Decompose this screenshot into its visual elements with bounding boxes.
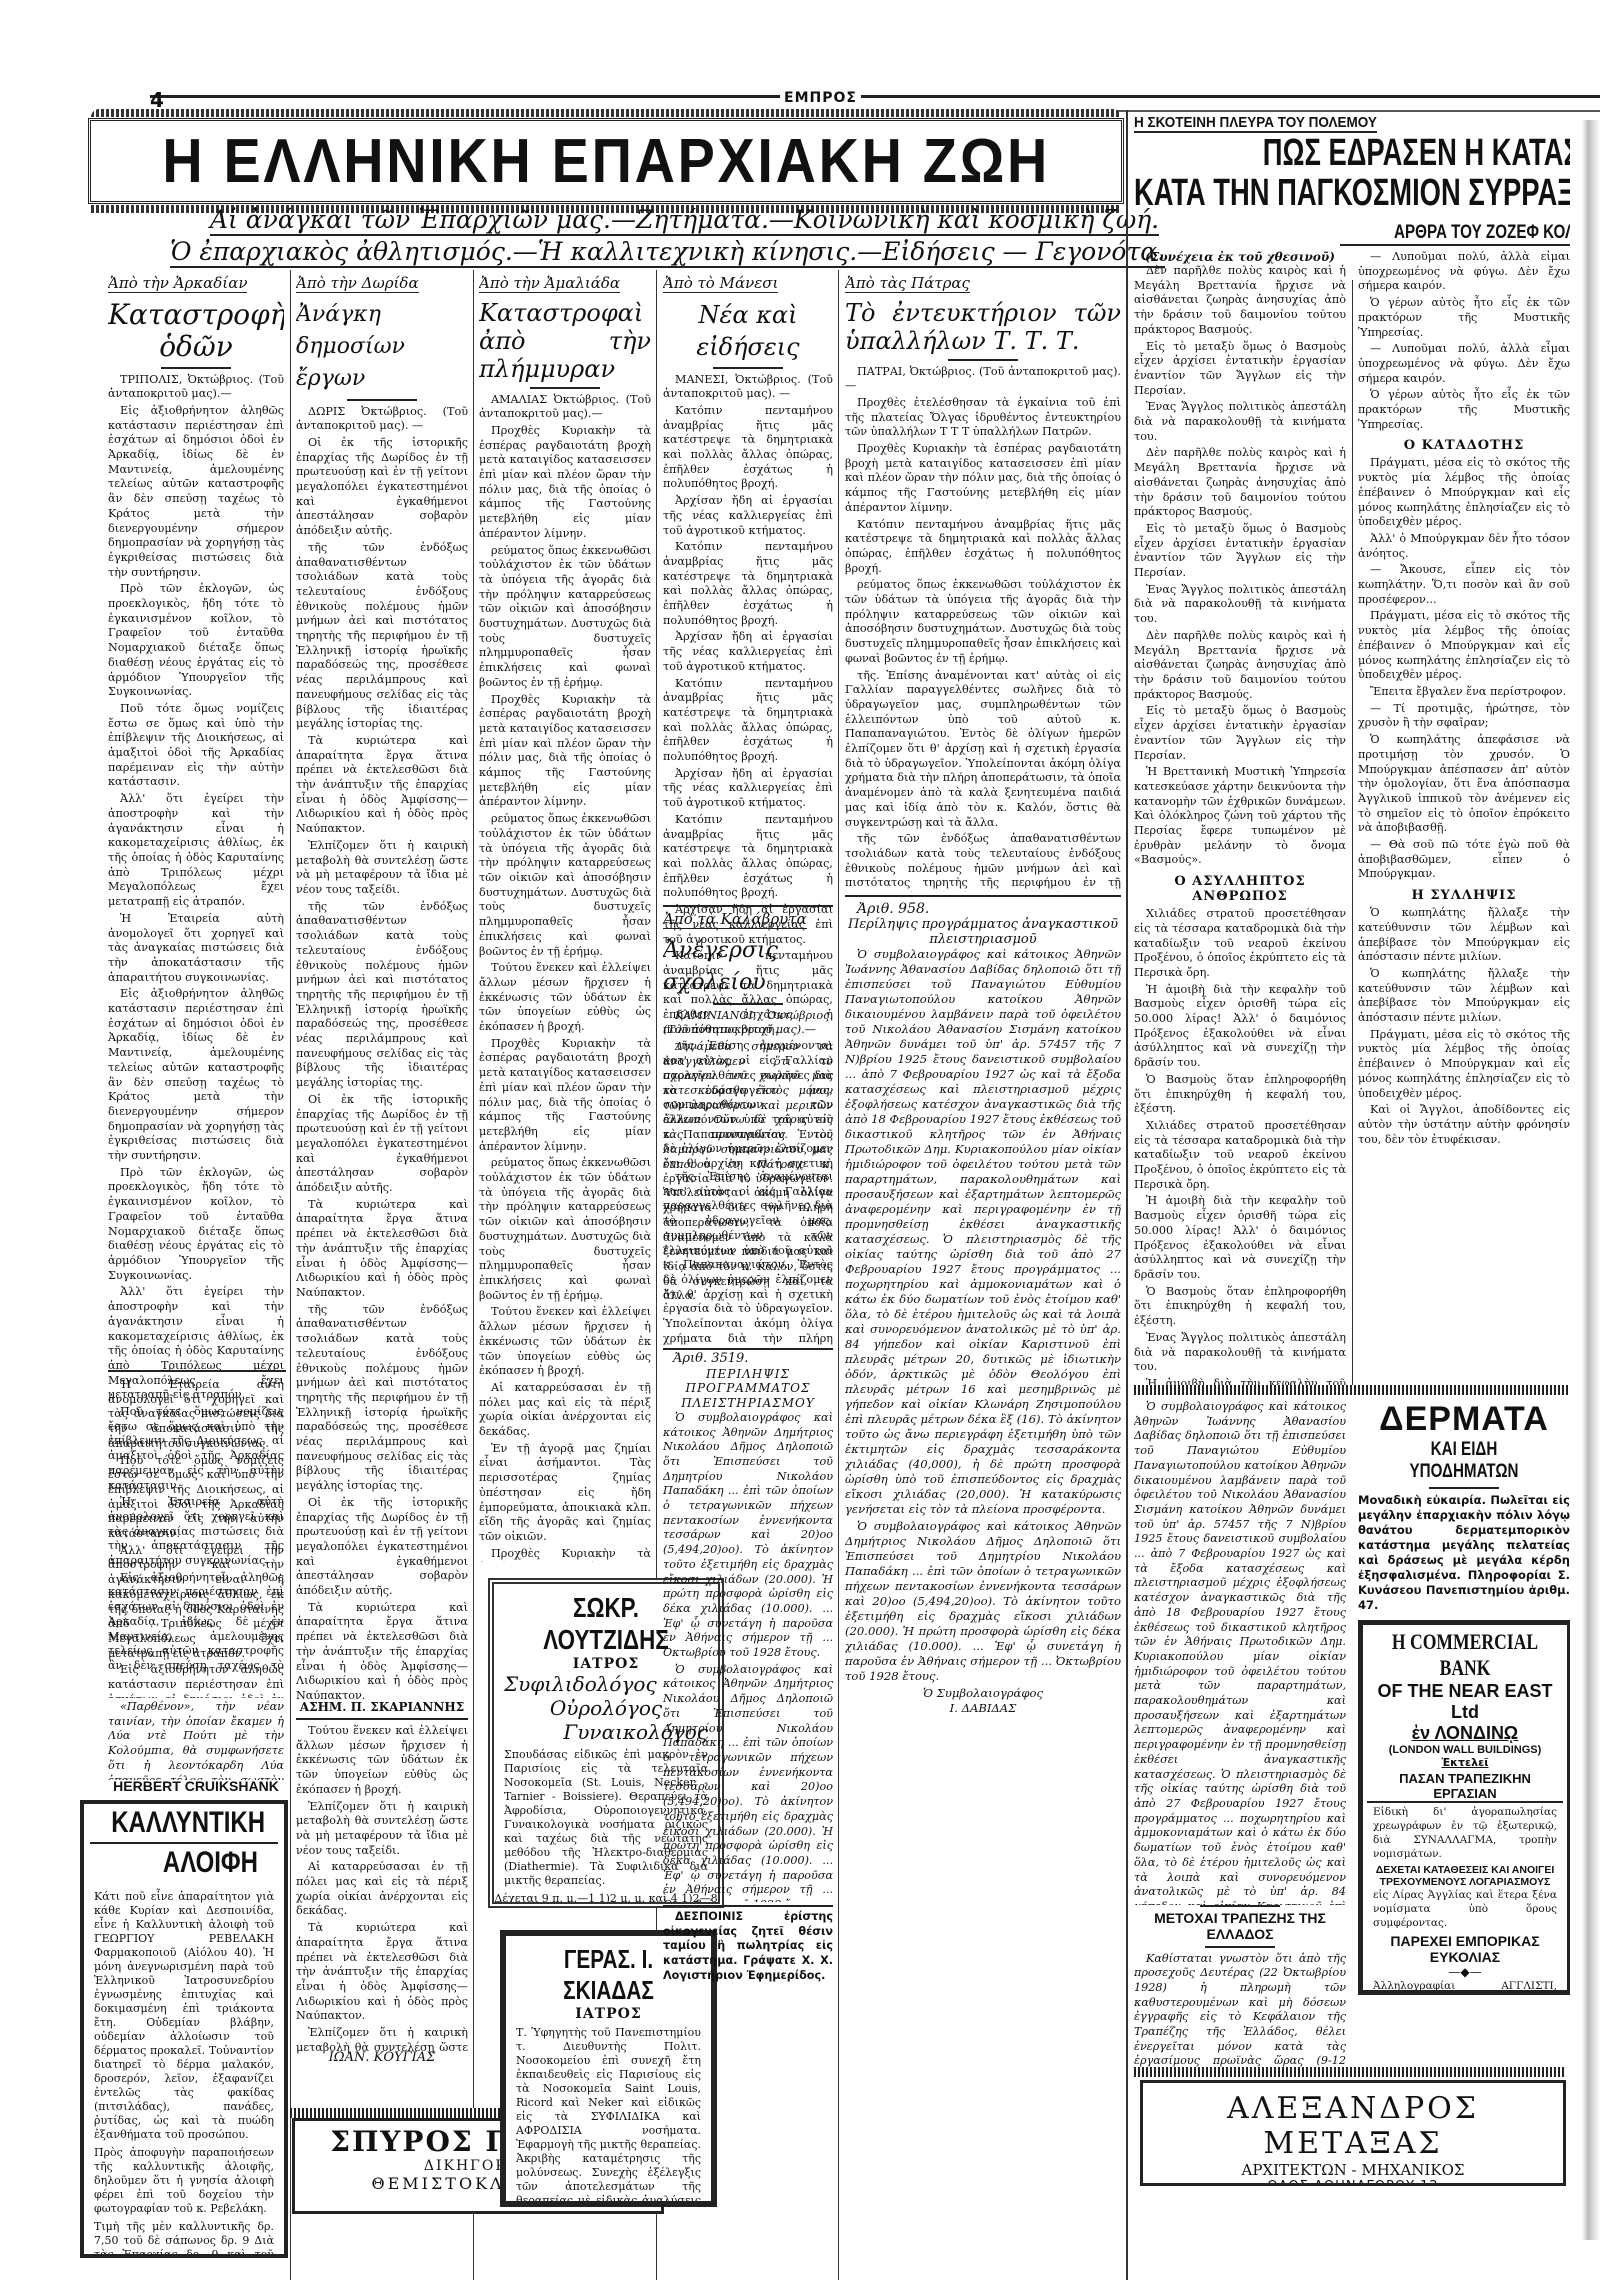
legal-notice-958: Ἀριθ. 958. Περίληψις προγράμματος ἀναγκα… [845, 902, 1121, 2282]
classified-ad: ΔΕΣΠΟΙΝΙΣ ἐρίστης οἰκογενείας ζητεῖ θέσι… [663, 1910, 833, 1985]
article-paragraph: Ἀλλ' ὅτι ἐγείρει τὴν ἀποστροφὴν καὶ τὴν … [108, 1544, 284, 1662]
article-paragraph: Κατόπιν πενταμήνου ἀναμβρίας ἥτις μᾶς κα… [845, 518, 1121, 577]
article-paragraph: ρεύματος ὅπως ἐκκενωθῶσι τοὐλάχιστον ἐκ … [479, 1156, 651, 1303]
feature-paragraph: Καὶ οἱ Ἄγγλοι, ἀποδίδοντες εἰς αὐτὸν τὴν… [1358, 1103, 1570, 1147]
divider [663, 1905, 833, 1907]
section-banner: Η ΕΛΛΗΝΙΚΗ ΕΠΑΡΧΙΑΚΗ ΖΩΗ [88, 118, 1124, 204]
legal-notice-958-continued: Ὁ συμβολαιογράφος καὶ κάτοικος Ἀθηνῶν Ἰω… [1134, 1400, 1346, 1905]
film-review-continued: Ἡ Ἑταιρεία αὐτὴ ἀνομολογεῖ ὅτι χορηγεῖ κ… [108, 1378, 284, 1698]
article-paragraph: Ἀρχίσαν ἤδη αἱ ἐργασίαι τῆς νέας καλλιερ… [663, 630, 833, 674]
article-dateline: ΜΑΝΕΣΙ, Ὀκτώβριος. (Τοῦ ἀνταποκριτοῦ μας… [663, 373, 833, 402]
article-paragraph: Προχθὲς Κυριακὴν τὰ ἐσπέρας ραγδαιοτάτη … [479, 1037, 651, 1155]
feature-paragraph: Ὁ κωπηλάτης ἀπεφάσισε νὰ προτιμήσῃ τὸν χ… [1358, 733, 1570, 836]
article-kicker: Ἀπὸ τὸ Μάνεσι [663, 274, 778, 293]
article-headline: Καταστροφὴ ὁδῶν [108, 299, 284, 363]
article-paragraph: ρεύματος ὅπως ἐκκενωθῶσι τοὐλάχιστον ἐκ … [479, 812, 651, 959]
ad-body: Κάτι ποῦ εἶνε ἀπαραίτητον γιὰ κάθε Κυρία… [84, 1890, 284, 2142]
feature-paragraph: Ὁ κωπηλάτης ἤλλαξε τὴν κατεύθυνσιν τῶν λ… [1358, 967, 1570, 1026]
article-paragraph: τῆς τῶν ἐνδόξως ἀπαθανατισθέντων τσολιάδ… [296, 541, 468, 732]
notice-body: Ὁ συμβολαιογράφος καὶ κάτοικος Ἀθηνῶν Ἰω… [845, 947, 1121, 1517]
film-review-excerpt: «Παρθένον», τὴν νέαν ταινίαν, τὴν ὁποίαν… [108, 1700, 284, 1780]
article-paragraph: Εἰς ἀξιοθρήνητον ἀληθῶς κατάστασιν περιέ… [108, 404, 284, 580]
article-paragraph: Προχθὲς ἐτελέσθησαν τὰ ἐγκαίνια τοῦ ἐπὶ … [845, 396, 1121, 440]
article-paragraph: Κατόπιν πενταμήνου ἀναμβρίας ἥτις μᾶς κα… [663, 677, 833, 765]
article-paragraph: Ποῦ τότε ὅμως νομίζεις ἔστω σε ὅμως καὶ … [108, 702, 284, 790]
divider [296, 1718, 468, 1720]
article-paragraph: Ἐλπίζομεν ὅτι ἡ καιρικὴ μεταβολὴ θὰ συντ… [296, 1800, 468, 1859]
ad-line: εἰς Λίρας Ἀγγλίας καὶ ἕτερα ξένα νομίσμα… [1363, 1888, 1567, 1930]
article-paragraph: Προχθὲς Κυριακὴν τὰ ἐσπέρας ραγδαιοτάτη … [845, 442, 1121, 516]
ad-line: Εἰδικὴ δι' ἀγοραπωλησίας χρεωγράφων ἐν τ… [1363, 1805, 1567, 1861]
ad-name: ΑΛΕΞΑΝΔΡΟΣ ΜΕΤΑΞΑΣ [1143, 2091, 1563, 2161]
feature-paragraph: Ὁ γέρων αὐτὸς ἦτο εἷς ἐκ τῶν πρακτόρων τ… [1358, 388, 1570, 432]
column-rule [473, 270, 474, 2280]
article-kalavryta-cont: Τούτου ἕνεκεν καὶ ἐλλείψει ἄλλων μέσων ἤ… [296, 1724, 468, 2054]
ad-body: Τ. Ὑφηγητὴς τοῦ Πανεπιστημίου τ. Διευθυν… [506, 2026, 711, 2207]
article-paragraph: Τούτου ἕνεκεν καὶ ἐλλείψει ἄλλων μέσων ἤ… [479, 1305, 651, 1379]
feature-subhead: Ο ΚΑΤΑΔΟΤΗΣ [1358, 438, 1570, 453]
article-paragraph: τῆς. Ἐπίσης ἀναμένονται κατ' αὐτὰς οἱ εἰ… [845, 669, 1121, 831]
feature-paragraph: Δὲν παρῆλθε πολὺς καιρὸς καὶ ἡ Μεγάλη Βρ… [1134, 446, 1346, 520]
newspaper-name: ΕΜΠΡΟΣ [780, 90, 861, 106]
ad-title: ΙΑΤΡΟΣ [506, 2006, 711, 2022]
notice-body: Ὁ συμβολαιογράφος καὶ κάτοικος Ἀθηνῶν Ἰω… [1134, 1400, 1346, 1905]
feature-byline: ΑΡΘΡΑ ΤΟΥ ΖΟΖΕΦ ΚΟΛΟΜΠ [1340, 222, 1572, 246]
article-paragraph: Τούτου ἕνεκεν καὶ ἐλλείψει ἄλλων μέσων ἤ… [296, 1724, 468, 1798]
column-rule [838, 270, 839, 2280]
article-paragraph: Τὰ κυριώτερα καὶ ἀπαραίτητα ἔργα ἅτινα π… [296, 1198, 468, 1301]
feature-paragraph: Χιλιάδες στρατοῦ προσετέθησαν εἰς τὰ τέσ… [1134, 907, 1346, 981]
notice-signature-title: Ὁ Συμβολαιογράφος [845, 1686, 1121, 1701]
ad-address: ΟΔΟΣ ΑΘΗΝΑΓΟΡΟΥ 12 [1143, 2179, 1563, 2186]
column-rule [290, 270, 291, 2280]
divider [347, 399, 417, 401]
feature-paragraph: Ἡ ἀμοιβὴ διὰ τὴν κεφαλὴν τοῦ Βασμοὺς εἶχ… [1134, 983, 1346, 1071]
feature-paragraph: — Λυποῦμαι πολύ, ἀλλὰ εἶμαι ὑποχρεωμένος… [1358, 342, 1570, 386]
article-paragraph: Τὰ κυριώτερα καὶ ἀπαραίτητα ἔργα ἅτινα π… [296, 1921, 468, 2024]
article-dateline: ΠΑΤΡΑΙ, Ὀκτώβριος. (Τοῦ ἀνταποκριτοῦ μας… [845, 365, 1121, 394]
article-paragraph: Δυνάμεθα σήμερον νὰ ἀναγγείλωμεν ὅτι τὸ … [663, 1040, 833, 1168]
article-paragraph: Ἡ Ἑταιρεία αὐτὴ ἀνομολογεῖ ὅτι χορηγεῖ κ… [108, 912, 284, 986]
article-paragraph: ρεύματος ὅπως ἐκκενωθῶσι τοὐλάχιστον ἐκ … [845, 578, 1121, 666]
column-rule [1352, 280, 1353, 1385]
decorative-flourish: —◆— [1363, 1965, 1567, 1979]
legal-notice-3519: Ἀριθ. 3519. ΠΕΡΙΛΗΨΙΣ ΠΡΟΓΡΑΜΜΑΤΟΣ ΠΛΕΙΣ… [663, 1352, 833, 1902]
film-review: «Παρθένον», τὴν νέαν ταινίαν, τὴν ὁποίαν… [108, 1700, 284, 1780]
article-paragraph: Προχθὲς Κυριακὴν τὰ ἐσπέρας ραγδαιοτάτη … [479, 1547, 651, 1562]
ad-line: Ἐκτελεῖ [1363, 1756, 1567, 1769]
divider [713, 1003, 783, 1005]
article-headline: Ἀνάγκη δημοσίων ἔργων [296, 299, 468, 395]
feature-subhead: Η ΣΥΛΛΗΨΙΣ [1358, 888, 1570, 903]
notice-number: Ἀριθ. 958. [845, 902, 1121, 917]
feature-paragraph: — Λυποῦμαι πολύ, ἀλλὰ εἶμαι ὑποχρεωμένος… [1358, 250, 1570, 294]
notice-body: Καθίσταται γνωστὸν ὅτι ἀπὸ τῆς προσεχοῦς… [1134, 1952, 1346, 2071]
article-paragraph: τῆς τῶν ἐνδόξως ἀπαθανατισθέντων τσολιάδ… [845, 832, 1121, 892]
article-dateline: ΑΜΑΛΙΑΣ Ὀκτώβριος. (Τοῦ ἀνταποκριτοῦ μας… [479, 393, 651, 422]
notice-number: Ἀριθ. 3519. [663, 1352, 833, 1367]
article-paragraph: Ἐν τῇ ἀγορᾷ μας ζημίαι εἶναι ἀσήμαντοι. … [479, 1442, 651, 1545]
article-paragraph: τῆς. Ἐπίσης ἀναμένονται κατ' αὐτὰς οἱ εἰ… [663, 1170, 833, 1345]
ad-line: OF THE NEAR EAST Ltd [1363, 1681, 1567, 1723]
article-paragraph: Οἱ ἐκ τῆς ἱστορικῆς ἐπαρχίας τῆς Δωρίδος… [296, 436, 468, 539]
feature-paragraph: Ἔπειτα ἔβγαλεν ἕνα περίστροφον. [1358, 685, 1570, 700]
article-headline: Καταστροφαὶ ἀπὸ τὴν πλήμμυραν [479, 299, 651, 383]
article-dateline: ΚΑΜΙΝΙΑΝΟΙ, Ὀκτώβριος. (Τοῦ ἀνταποκριτοῦ… [663, 1009, 833, 1038]
article-paragraph: Πρὸ τῶν ἐκλογῶν, ὡς προεκλογικὸς, ἤδη τό… [108, 1166, 284, 1284]
feature-paragraph: Εἰς τὸ μεταξὺ ὅμως ὁ Βασμοὺς εἶχεν ἀρχίσ… [1134, 340, 1346, 399]
divider [663, 1348, 833, 1350]
ad-line: ΔΕΧΕΤΑΙ ΚΑΤΑΘΕΣΕΙΣ ΚΑΙ ΑΝΟΙΓΕΙ ΤΡΕΧΟΥΜΕΝ… [1363, 1864, 1567, 1888]
feature-paragraph: Χιλιάδες στρατοῦ προσετέθησαν εἰς τὰ τέσ… [1134, 1119, 1346, 1193]
article-paragraph: Πρὸ τῶν ἐκλογῶν, ὡς προεκλογικὸς, ἤδη τό… [108, 582, 284, 700]
feature-paragraph: Ἐνας Ἄγγλος πολιτικὸς ἀπεστάλη διὰ νὰ πα… [1134, 400, 1346, 444]
ad-dermata: ΔΕΡΜΑΤΑ ΚΑΙ ΕΙΔΗ ΥΠΟΔΗΜΑΤΩΝ Μοναδικὴ εὐκ… [1358, 1400, 1570, 1613]
article-headline: Τὸ ἐντευκτήριον τῶν ὑπαλλήλων Τ. Τ. Τ. [845, 299, 1121, 355]
divider [530, 387, 600, 389]
notice-signature: Ι. ΔΑΒΙΔΑΣ [845, 1701, 1121, 1716]
ad-line: Ἀλληλογραφίαι ΑΓΓΛΙΣΤΙ, ΓΑΛΛΙΣΤΙ, καὶ ΕΛ… [1363, 1979, 1567, 1995]
article-kicker: Ἀπὸ τὴν Δωρίδα [296, 274, 419, 293]
article-kalavryta: Ἀπὸ τὰ Καλάβρυτα Ἀνέγερσις σχολείου ΚΑΜΙ… [663, 908, 833, 1168]
feature-paragraph: Ἐνας Ἄγγλος πολιτικὸς ἀπεστάλη διὰ νὰ πα… [1134, 583, 1346, 627]
article-doris: Ἀπὸ τὴν Δωρίδα Ἀνάγκη δημοσίων ἔργων ΔΩΡ… [296, 272, 468, 1702]
ad-subtitle: ΚΑΙ ΕΙΔΗ ΥΠΟΔΗΜΑΤΩΝ [1358, 1439, 1570, 1483]
ad-body: Πρὸς ἀποφυγὴν παραποιήσεων τῆς καλλυντικ… [84, 2146, 284, 2216]
notice-title: Περίληψις προγράμματος ἀναγκαστικοῦ πλει… [845, 917, 1121, 947]
article-paragraph: Οἱ ἐκ τῆς ἱστορικῆς ἐπαρχίας τῆς Δωρίδος… [296, 1093, 468, 1196]
feature-paragraph: Εἰς τὸ μεταξὺ ὅμως ὁ Βασμοὺς εἶχεν ἀρχίσ… [1134, 704, 1346, 763]
article-paragraph: Προχθὲς Κυριακὴν τὰ ἐσπέρας ραγδαιοτάτη … [479, 424, 651, 542]
article-amaliada: Ἀπὸ τὴν Ἀμαλιάδα Καταστροφαὶ ἀπὸ τὴν πλή… [479, 272, 651, 1562]
article-paragraph: Ποῦ τότε ὅμως νομίζεις ἔστω σε ὅμως καὶ … [108, 1454, 284, 1542]
section-subtitle-2: Ὁ ἐπαρχιακὸς ἀθλητισμός.—Ἡ καλλιτεχνικὴ … [170, 237, 1165, 268]
article-paragraph: Αἱ καταρρεύσασαι ἐν τῇ πόλει μας καὶ εἰς… [479, 1381, 651, 1440]
feature-paragraph: — Τί προτιμᾷς, ἠρώτησε, τὸν χρυσὸν ἢ τὴν… [1358, 702, 1570, 731]
article-kicker: Ἀπὸ τὰς Πάτρας [845, 274, 970, 293]
ad-line: ἐν ΛΟΝΔΙΝῼ [1363, 1723, 1567, 1744]
feature-paragraph: Πράγματι, μέσα εἰς τὸ σκότος τῆς νυκτὸς … [1358, 1028, 1570, 1102]
feature-paragraph: Δὲν παρῆλθε πολὺς καιρὸς καὶ ἡ Μεγάλη Βρ… [1134, 264, 1346, 338]
divider [1429, 1487, 1499, 1489]
ad-line: ΠΑΡΕΧΕΙ ΕΜΠΟΡΙΚΑΣ ΕΥΚΟΛΙΑΣ [1363, 1933, 1567, 1965]
divider [161, 367, 231, 369]
article-kicker: Ἀπὸ τὰ Καλάβρυτα [663, 910, 807, 929]
article-paragraph: Ἀλλ' ὅτι ἐγείρει τὴν ἀποστροφὴν καὶ τὴν … [108, 792, 284, 910]
feature-continued: (Συνέχεια ἐκ τοῦ χθεσινοῦ) [1134, 250, 1346, 264]
article-paragraph: Ἀρχίσαν ἤδη αἱ ἐργασίαι τῆς νέας καλλιερ… [663, 767, 833, 811]
feature-column-1: (Συνέχεια ἐκ τοῦ χθεσινοῦ) Δὲν παρῆλθε π… [1134, 250, 1346, 1385]
article-paragraph: Ἐλπίζομεν ὅτι ἡ καιρικὴ μεταβολὴ θὰ συντ… [296, 839, 468, 898]
ad-border-deco [1134, 2067, 1564, 2077]
feature-paragraph: Ὁ Βασμοὺς ὅταν ἐπληροφορήθη ὅτι ἐπικηρύχ… [1134, 1285, 1346, 1329]
ad-title: ΔΕΡΜΑΤΑ [1358, 1400, 1570, 1439]
ad-price: Τιμὴ τῆς μὲν καλλυντικῆς δρ. 7,50 τοῦ δὲ… [84, 2220, 284, 2258]
section-subtitle-1: Αἱ ἀνάγκαι τῶν Ἐπαρχιῶν μας.—Ζητήματα.—Κ… [210, 205, 1159, 236]
article-dateline: ΔΩΡΙΣ Ὀκτώβριος. (Τοῦ ἀνταποκριτοῦ μας).… [296, 405, 468, 434]
notice-body: Ὁ συμβολαιογράφος καὶ κάτοικος Ἀθηνῶν Δη… [663, 1663, 833, 1902]
feature-paragraph: Ἐνας Ἄγγλος πολιτικὸς ἀπεστάλη διὰ νὰ πα… [1134, 1331, 1346, 1375]
feature-series-label: Η ΣΚΟΤΕΙΝΗ ΠΛΕΥΡΑ ΤΟΥ ΠΟΛΕΜΟΥ [1134, 112, 1404, 133]
article-signature: ΑΣΗΜ. Π. ΣΚΑΡΙΑΝΝΗΣ [296, 1700, 468, 1714]
article-patras: Ἀπὸ τὰς Πάτρας Τὸ ἐντευκτήριον τῶν ὑπαλλ… [845, 272, 1121, 892]
article-headline: Ἀνέγερσις σχολείου [663, 935, 833, 999]
divider [108, 1370, 286, 1372]
feature-paragraph: Ἡ Βρεττανικὴ Μυστικὴ Ὑπηρεσία κατεσκεύασ… [1134, 765, 1346, 868]
article-headline: Νέα καὶ εἰδήσεις [663, 299, 833, 363]
ad-title: ΑΡΧΙΤΕΚΤΩΝ - ΜΗΧΑΝΙΚΟΣ [1143, 2161, 1563, 2179]
feature-column-2: — Λυποῦμαι πολύ, ἀλλὰ εἶμαι ὑποχρεωμένος… [1358, 250, 1570, 1385]
divider [713, 367, 783, 369]
feature-paragraph: — Θὰ σοῦ πῶ τότε ἐγὼ ποῦ θὰ ἀποβιβασθῶμε… [1358, 838, 1570, 882]
article-manesi-continued: τῆς. Ἐπίσης ἀναμένονται κατ' αὐτὰς οἱ εἰ… [663, 1170, 833, 1345]
article-paragraph: Προχθὲς Κυριακὴν τὰ ἐσπέρας ραγδαιοτάτη … [479, 693, 651, 811]
ad-commercial-bank: Η COMMERCIAL BANK OF THE NEAR EAST Ltd ἐ… [1358, 1620, 1572, 1995]
feature-paragraph: Πράγματι, μέσα εἰς τὸ σκότος τῆς νυκτὸς … [1358, 609, 1570, 683]
ad-title: ΑΛΟΙΦΗ [90, 1842, 278, 1882]
feature-paragraph: Ὁ γέρων αὐτὸς ἦτο εἷς ἐκ τῶν πρακτόρων τ… [1358, 296, 1570, 340]
article-paragraph: Τὰ κυριώτερα καὶ ἀπαραίτητα ἔργα ἅτινα π… [296, 734, 468, 837]
divider [845, 895, 1121, 897]
article-paragraph: Εἰς ἀξιοθρήνητον ἀληθῶς κατάστασιν περιέ… [108, 987, 284, 1163]
feature-subhead: Ο ΑΣΥΛΛΗΠΤΟΣ ΑΝΘΡΩΠΟΣ [1134, 874, 1346, 904]
feature-paragraph: Ἡ ἀμοιβὴ διὰ τὴν κεφαλὴν τοῦ Βασμοὺς εἶχ… [1134, 1194, 1346, 1282]
article-paragraph: Κατόπιν πενταμήνου ἀναμβρίας ἥτις μᾶς κα… [663, 813, 833, 901]
article-paragraph: ρεύματος ὅπως ἐκκενωθῶσι τοὐλάχιστον ἐκ … [479, 544, 651, 691]
section-title: Η ΕΛΛΗΝΙΚΗ ΕΠΑΡΧΙΑΚΗ ΖΩΗ [162, 126, 1050, 197]
feature-paragraph: Ὁ Βασμοὺς ὅταν ἐπληροφορήθη ὅτι ἐπικηρύχ… [1134, 1073, 1346, 1117]
ad-title: ΚΑΛΛΥΝΤΙΚΗ [84, 1804, 284, 1842]
article-paragraph: Ἡ Ἑταιρεία αὐτὴ ἀνομολογεῖ ὅτι χορηγεῖ κ… [108, 1378, 284, 1452]
divider [1205, 1946, 1275, 1948]
feature-paragraph: Ὁ κωπηλάτης ἤλλαξε τὴν κατεύθυνσιν τῶν λ… [1358, 906, 1570, 965]
correspondent-signature: ΙΩΑΝ. ΚΟΥΓΙΑΣ [296, 2050, 468, 2065]
section-divider [1134, 1385, 1574, 1395]
feature-headline-2: ΚΑΤΑ ΤΗΝ ΠΑΓΚΟΣΜΙΟΝ ΣΥΡΡΑΞΙΝ [1134, 172, 1600, 215]
notice-title: ΜΕΤΟΧΑΙ ΤΡΑΠΕΖΗΣ ΤΗΣ ΕΛΛΑΔΟΣ [1134, 1910, 1346, 1942]
article-paragraph: Κατόπιν πενταμήνου ἀναμβρίας ἥτις μᾶς κα… [663, 540, 833, 628]
article-paragraph: τῆς τῶν ἐνδόξως ἀπαθανατισθέντων τσολιάδ… [296, 1303, 468, 1494]
article-paragraph: τῆς τῶν ἐνδόξως ἀπαθανατισθέντων τσολιάδ… [296, 900, 468, 1091]
feature-paragraph: — Ἄκουσε, εἶπεν εἰς τὸν κωπηλάτην. Ὅ,τι … [1358, 563, 1570, 607]
article-kicker: Ἀπὸ τὴν Ἀμαλιάδα [479, 274, 620, 293]
feature-headline-1: ΠΩΣ ΕΔΡΑΣΕΝ Η ΚΑΤΑΣΚΟΠΕΙΑ [1263, 132, 1594, 175]
scan-shadow-edge [1570, 120, 1600, 2240]
classified-text: ΔΕΣΠΟΙΝΙΣ ἐρίστης οἰκογενείας ζητεῖ θέσι… [663, 1910, 833, 1984]
notice-body: Ὁ συμβολαιογράφος καὶ κάτοικος Ἀθηνῶν Δη… [845, 1519, 1121, 1684]
article-kicker: Ἀπὸ τὴν Ἀρκαδίαν [108, 274, 247, 293]
ad-line: Η COMMERCIAL BANK [1363, 1629, 1567, 1681]
article-paragraph: Τούτου ἕνεκεν καὶ ἐλλείψει ἄλλων μέσων ἤ… [479, 961, 651, 1035]
feature-paragraph: Ἡ ἀμοιβὴ διὰ τὴν κεφαλὴν τοῦ Βασμοὺς εἶχ… [1134, 1377, 1346, 1385]
ad-alexandros-metaxas: ΑΛΕΞΑΝΔΡΟΣ ΜΕΤΑΞΑΣ ΑΡΧΙΤΕΚΤΩΝ - ΜΗΧΑΝΙΚΟ… [1140, 2080, 1566, 2186]
article-paragraph: Οἱ ἐκ τῆς ἱστορικῆς ἐπαρχίας τῆς Δωρίδος… [296, 1496, 468, 1599]
divider [663, 905, 833, 907]
column-rule [1126, 110, 1128, 2280]
ad-kallyntiki-aloifi: ΚΑΛΛΥΝΤΙΚΗ ΑΛΟΙΦΗ Κάτι ποῦ εἶνε ἀπαραίτη… [80, 1800, 288, 2258]
article-paragraph: Εἰς ἀξιοθρήνητον ἀληθῶς κατάστασιν περιέ… [108, 1663, 284, 1698]
divider [1200, 1905, 1280, 1907]
notice-title: ΠΕΡΙΛΗΨΙΣ ΠΡΟΓΡΑΜΜΑΤΟΣ ΠΛΕΙΣΤΗΡΙΑΣΜΟΥ [663, 1367, 833, 1411]
article-paragraph: Τὰ κυριώτερα καὶ ἀπαραίτητα ἔργα ἅτινα π… [296, 1601, 468, 1702]
feature-paragraph: Ἀλλ' ὁ Μπούργκμαν δὲν ἦτο τόσον ἀνόητος. [1358, 532, 1570, 561]
feature-paragraph: Δὲν παρῆλθε πολὺς καιρὸς καὶ ἡ Μεγάλη Βρ… [1134, 629, 1346, 703]
feature-paragraph: Πράγματι, μέσα εἰς τὸ σκότος τῆς νυκτὸς … [1358, 456, 1570, 530]
ad-line: ΠΑΣΑΝ ΤΡΑΠΕΖΙΚΗΝ ΕΡΓΑΣΙΑΝ [1367, 1771, 1563, 1803]
feature-paragraph: Εἰς τὸ μεταξὺ ὅμως ὁ Βασμοὺς εἶχεν ἀρχίσ… [1134, 522, 1346, 581]
ad-body: Μοναδικὴ εὐκαιρία. Πωλεῖται εἰς μεγάλην … [1358, 1493, 1570, 1613]
notice-body: Ὁ συμβολαιογράφος καὶ κάτοικος Ἀθηνῶν Δη… [663, 1411, 833, 1661]
article-dateline: ΤΡΙΠΟΛΙΣ, Ὀκτώβριος. (Τοῦ ἀνταποκριτοῦ μ… [108, 373, 284, 402]
article-paragraph: Κατόπιν πενταμήνου ἀναμβρίας ἥτις μᾶς κα… [663, 404, 833, 492]
divider [948, 359, 1018, 361]
film-review-author: HERBERT CRUIKSHANK [108, 1778, 284, 1794]
bank-of-greece-notice: ΜΕΤΟΧΑΙ ΤΡΑΠΕΖΗΣ ΤΗΣ ΕΛΛΑΔΟΣ Καθίσταται … [1134, 1910, 1346, 2070]
article-paragraph: Αἱ καταρρεύσασαι ἐν τῇ πόλει μας καὶ εἰς… [296, 1860, 468, 1919]
ad-line: (LONDON WALL BUILDINGS) [1363, 1744, 1567, 1756]
article-paragraph: Ἀρχίσαν ἤδη αἱ ἐργασίαι τῆς νέας καλλιερ… [663, 494, 833, 538]
